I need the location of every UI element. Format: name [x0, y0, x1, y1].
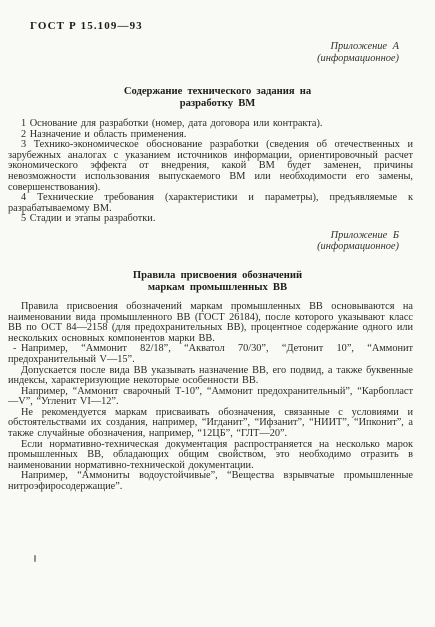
scan-speck-artifact: [34, 555, 36, 562]
annex-b-label: Приложение Б: [0, 230, 399, 242]
scan-dash-artifact: -: [13, 344, 16, 355]
paragraph-rules-basis: Правила присвоения обозначений маркам пр…: [8, 302, 413, 344]
paragraph-example-1-text: Например, “Аммонит 82/18”, “Акватол 70/3…: [8, 343, 413, 365]
spec-item-1: 1 Основание для разработки (номер, дата …: [8, 119, 413, 130]
annex-a-title: Содержание технического задания на разра…: [0, 86, 435, 110]
annex-b-body: Правила присвоения обозначений маркам пр…: [8, 302, 413, 493]
paragraph-example-2: Например, “Аммонит сварочный Т-10”, “Амм…: [8, 387, 413, 408]
paragraph-example-3: Например, “Аммониты водоустойчивые”, “Ве…: [8, 471, 413, 492]
spec-item-3: 3 Технико-экономическое обоснование разр…: [8, 140, 413, 193]
gost-number: ГОСТ Р 15.109—93: [30, 20, 143, 32]
document-page: ГОСТ Р 15.109—93 Приложение А (информаци…: [0, 0, 435, 627]
paragraph-allowed: Допускается после вида ВВ указывать назн…: [8, 366, 413, 387]
annex-a-label: Приложение А: [0, 41, 399, 53]
paragraph-not-recommended: Не рекомендуется маркам присваивать обоз…: [8, 408, 413, 440]
spec-item-4: 4 Технические требования (характеристики…: [8, 193, 413, 214]
paragraph-ntd: Если нормативно-техническая документация…: [8, 440, 413, 472]
annex-a-note: (информационное): [0, 53, 399, 65]
annex-b-heading: Приложение Б (информационное): [0, 230, 435, 253]
annex-b-title: Правила присвоения обозначений маркам пр…: [0, 270, 435, 294]
spec-item-5: 5 Стадии и этапы разработки.: [8, 214, 413, 225]
annex-b-note: (информационное): [0, 241, 399, 253]
annex-a-heading: Приложение А (информационное): [0, 0, 435, 64]
paragraph-example-1: -Например, “Аммонит 82/18”, “Акватол 70/…: [8, 344, 413, 365]
annex-a-body: 1 Основание для разработки (номер, дата …: [8, 119, 413, 225]
